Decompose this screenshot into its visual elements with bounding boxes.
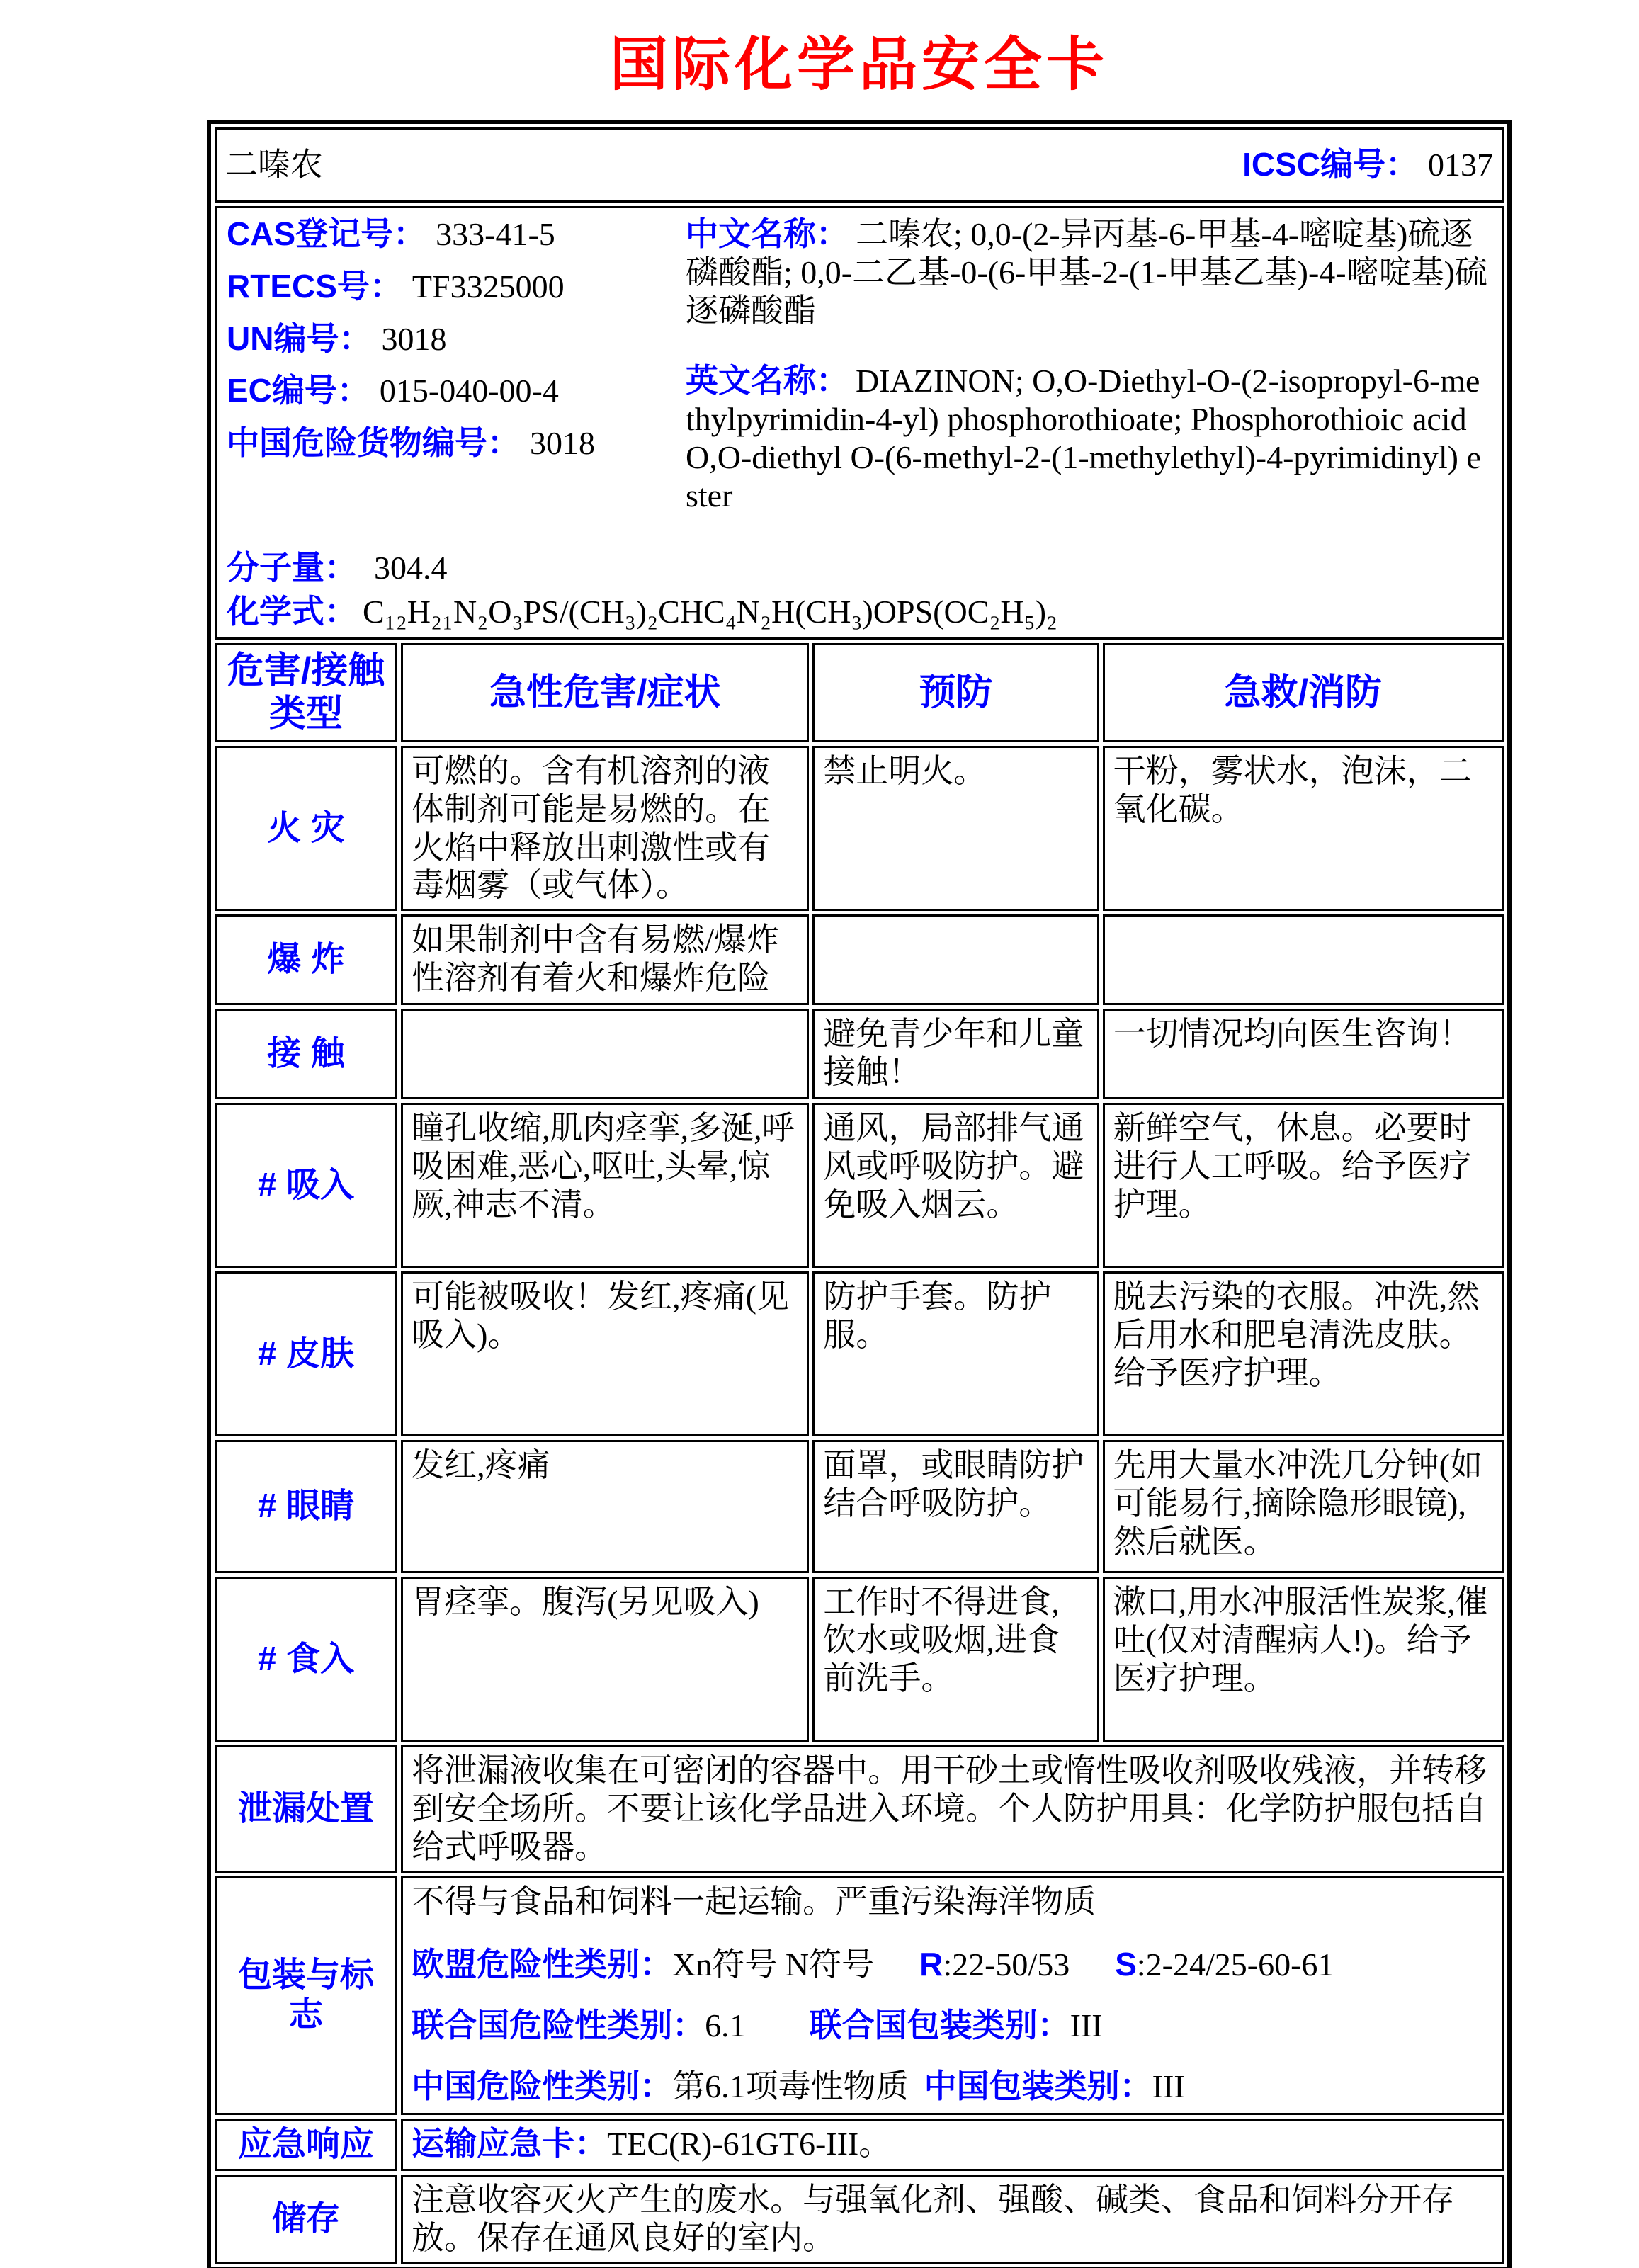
formula-value: C₁₂H₂₁N₂O₃PS/(CH₃)₂CHC₄N₂H(CH₃)OPS(OC₂H₅… [363,594,1057,630]
explosion-prevention-cell [812,914,1099,1005]
eyes-prevention-cell: 面罩，或眼睛防护结合呼吸防护。 [812,1440,1099,1573]
skin-type-label: # 皮肤 [215,1271,397,1436]
transport-emergency-card-label: 运输应急卡： [412,2125,607,2162]
explosion-symptoms-cell: 如果制剂中含有易燃/爆炸性溶剂有着火和爆炸危险 [401,914,809,1005]
cn-pack-label: 中国包装类别： [924,2068,1152,2104]
s-phrase-label: S [1115,1946,1137,1983]
chinese-name-label: 中文名称： [686,215,849,252]
rtecs-number-label: RTECS号： [227,268,402,305]
un-number-value: 3018 [381,321,446,357]
eyes-first-aid-cell: 先用大量水冲洗几分钟(如可能易行,摘除隐形眼镜),然后就医。 [1103,1440,1504,1573]
header-prevention: 预防 [812,643,1099,742]
registry-list: CAS登记号：333-41-5 RTECS号：TF3325000 UN编号：30… [227,215,686,548]
header-first-aid: 急救/消防 [1103,643,1504,742]
fire-type-label: 火 灾 [215,746,397,911]
packaging-transport-note: 不得与食品和饲料一起运输。严重污染海洋物质 [412,1883,1493,1921]
un-pack-label: 联合国包装类别： [810,2007,1070,2043]
cas-number-line: CAS登记号：333-41-5 [227,215,686,254]
cas-number-label: CAS登记号： [227,215,426,252]
ingestion-prevention-cell: 工作时不得进食,饮水或吸烟,进食前洗手。 [812,1577,1099,1742]
molecular-weight-line: 分子量：304.4 [227,549,1492,587]
header-hazard-type: 危害/接触 类型 [215,643,397,742]
skin-prevention-cell: 防护手套。防护服。 [812,1271,1099,1436]
ec-number-label: EC编号： [227,372,370,409]
icsc-number-group: ICSC编号：0137 [1242,146,1493,184]
fire-first-aid-cell: 干粉，雾状水，泡沫，二氧化碳。 [1103,746,1504,911]
skin-symptoms-cell: 可能被吸收！发红,疼痛(见吸入)。 [401,1271,809,1436]
emergency-row: 应急响应 运输应急卡：TEC(R)-61GT6-III。 [215,2119,1504,2171]
china-dg-number-label: 中国危险货物编号： [227,424,520,461]
substance-header-cell: 二嗪农 ICSC编号：0137 [215,127,1504,203]
storage-type-label: 储存 [215,2175,397,2264]
safety-card: 国际化学品安全卡 二嗪农 ICSC编号：0137 [207,0,1512,2268]
eu-class-label: 欧盟危险性类别： [412,1946,672,1983]
inhalation-prevention-cell: 通风，局部排气通风或呼吸防护。避免吸入烟云。 [812,1103,1099,1268]
packaging-eu-line: 欧盟危险性类别：Xn符号 N符号R:22-50/53S:2-24/25-60-6… [412,1946,1493,1984]
substance-name: 二嗪农 [225,146,323,184]
spill-content-cell: 将泄漏液收集在可密闭的容器中。用干砂土或惰性吸收剂吸收残液，并转移到安全场所。不… [401,1745,1504,1872]
eyes-symptoms-cell: 发红,疼痛 [401,1440,809,1573]
un-class-label: 联合国危险性类别： [412,2007,705,2043]
hazard-row-inhalation: # 吸入 瞳孔收缩,肌肉痉挛,多涎,呼吸困难,恶心,呕吐,头晕,惊厥,神志不清。… [215,1103,1504,1268]
emergency-type-label: 应急响应 [215,2119,397,2171]
inhalation-symptoms-cell: 瞳孔收缩,肌肉痉挛,多涎,呼吸困难,恶心,呕吐,头晕,惊厥,神志不清。 [401,1103,809,1268]
rtecs-number-line: RTECS号：TF3325000 [227,268,686,306]
chinese-name-block: 中文名称：二嗪农; 0,0-(2-异丙基-6-甲基-4-嘧啶基)硫逐磷酸酯; 0… [686,215,1487,329]
identification-cell: CAS登记号：333-41-5 RTECS号：TF3325000 UN编号：30… [215,206,1504,640]
eu-class-value: Xn符号 N符号 [672,1946,874,1983]
packaging-content-cell: 不得与食品和饲料一起运输。严重污染海洋物质 欧盟危险性类别：Xn符号 N符号R:… [401,1876,1504,2115]
ingestion-type-label: # 食入 [215,1577,397,1742]
cn-pack-value: III [1152,2068,1185,2104]
exposure-prevention-cell: 避免青少年和儿童接触！ [812,1009,1099,1099]
english-name-label: 英文名称： [686,362,849,399]
packaging-row: 包装与标志 不得与食品和饲料一起运输。严重污染海洋物质 欧盟危险性类别：Xn符号… [215,1876,1504,2115]
hazard-header-row: 危害/接触 类型 急性危害/症状 预防 急救/消防 [215,643,1504,742]
un-class-value: 6.1 [705,2007,746,2043]
rtecs-number-value: TF3325000 [412,268,565,305]
transport-emergency-card-value: TEC(R)-61GT6-III。 [607,2126,891,2162]
fire-symptoms-cell: 可燃的。含有机溶剂的液体制剂可能是易燃的。在火焰中释放出刺激性或有毒烟雾（或气体… [401,746,809,911]
explosion-type-label: 爆 炸 [215,914,397,1005]
china-dg-number-value: 3018 [530,425,595,461]
s-phrase-value: :2-24/25-60-61 [1137,1946,1334,1983]
spill-row: 泄漏处置 将泄漏液收集在可密闭的容器中。用干砂土或惰性吸收剂吸收残液，并转移到安… [215,1745,1504,1872]
identification-row: CAS登记号：333-41-5 RTECS号：TF3325000 UN编号：30… [215,206,1504,640]
icsc-number-label: ICSC编号： [1242,146,1418,183]
hazard-row-fire: 火 灾 可燃的。含有机溶剂的液体制剂可能是易燃的。在火焰中释放出刺激性或有毒烟雾… [215,746,1504,911]
inhalation-first-aid-cell: 新鲜空气，休息。必要时进行人工呼吸。给予医疗护理。 [1103,1103,1504,1268]
icsc-table: 二嗪农 ICSC编号：0137 CAS登记号：333-41-5 RTECS号：T [207,120,1512,2268]
ingestion-first-aid-cell: 漱口,用水冲服活性炭浆,催吐(仅对清醒病人!)。给予医疗护理。 [1103,1577,1504,1742]
formula-label: 化学式： [227,593,357,630]
names-column: 中文名称：二嗪农; 0,0-(2-异丙基-6-甲基-4-嘧啶基)硫逐磷酸酯; 0… [686,215,1492,548]
english-name-block: 英文名称：DIAZINON; O,O-Diethyl-O-(2-isopropy… [686,362,1487,514]
exposure-symptoms-cell [401,1009,809,1099]
ec-number-value: 015-040-00-4 [380,373,559,409]
exposure-type-label: 接 触 [215,1009,397,1099]
eyes-type-label: # 眼睛 [215,1440,397,1573]
molecular-weight-value: 304.4 [374,550,448,586]
icsc-number-value: 0137 [1428,147,1493,183]
molecular-weight-label: 分子量： [227,549,357,586]
un-number-line: UN编号：3018 [227,320,686,358]
un-pack-value: III [1070,2007,1103,2043]
packaging-type-label: 包装与标志 [215,1876,397,2115]
hazard-row-eyes: # 眼睛 发红,疼痛 面罩，或眼睛防护结合呼吸防护。 先用大量水冲洗几分钟(如可… [215,1440,1504,1573]
skin-first-aid-cell: 脱去污染的衣服。冲洗,然后用水和肥皂清洗皮肤。给予医疗护理。 [1103,1271,1504,1436]
page-title: 国际化学品安全卡 [207,18,1512,101]
r-phrase-value: :22-50/53 [943,1946,1070,1983]
hazard-row-explosion: 爆 炸 如果制剂中含有易燃/爆炸性溶剂有着火和爆炸危险 [215,914,1504,1005]
ec-number-line: EC编号：015-040-00-4 [227,372,686,410]
spill-type-label: 泄漏处置 [215,1745,397,1872]
identification-grid: CAS登记号：333-41-5 RTECS号：TF3325000 UN编号：30… [227,215,1492,548]
emergency-content-cell: 运输应急卡：TEC(R)-61GT6-III。 [401,2119,1504,2171]
hazard-row-exposure: 接 触 避免青少年和儿童接触！ 一切情况均向医生咨询！ [215,1009,1504,1099]
hazard-row-ingestion: # 食入 胃痉挛。腹泻(另见吸入) 工作时不得进食,饮水或吸烟,进食前洗手。 漱… [215,1577,1504,1742]
storage-row: 储存 注意收容灭火产生的废水。与强氧化剂、强酸、碱类、食品和饲料分开存放。保存在… [215,2175,1504,2264]
un-number-label: UN编号： [227,320,371,357]
formula-line: 化学式：C₁₂H₂₁N₂O₃PS/(CH₃)₂CHC₄N₂H(CH₃)OPS(O… [227,593,1492,631]
cas-number-value: 333-41-5 [436,216,555,252]
china-dg-number-line: 中国危险货物编号：3018 [227,424,686,463]
hazard-row-skin: # 皮肤 可能被吸收！发红,疼痛(见吸入)。 防护手套。防护服。 脱去污染的衣服… [215,1271,1504,1436]
explosion-first-aid-cell [1103,914,1504,1005]
cn-class-value: 第6.1项毒性物质 [672,2068,909,2104]
fire-prevention-cell: 禁止明火。 [812,746,1099,911]
packaging-un-line: 联合国危险性类别：6.1联合国包装类别：III [412,2007,1493,2045]
substance-header-row: 二嗪农 ICSC编号：0137 [215,127,1504,203]
header-acute-symptoms: 急性危害/症状 [401,643,809,742]
cn-class-label: 中国危险性类别： [412,2068,672,2104]
storage-content-cell: 注意收容灭火产生的废水。与强氧化剂、强酸、碱类、食品和饲料分开存放。保存在通风良… [401,2175,1504,2264]
packaging-cn-line: 中国危险性类别：第6.1项毒性物质中国包装类别：III [412,2068,1493,2106]
r-phrase-label: R [919,1946,943,1983]
inhalation-type-label: # 吸入 [215,1103,397,1268]
ingestion-symptoms-cell: 胃痉挛。腹泻(另见吸入) [401,1577,809,1742]
exposure-first-aid-cell: 一切情况均向医生咨询！ [1103,1009,1504,1099]
